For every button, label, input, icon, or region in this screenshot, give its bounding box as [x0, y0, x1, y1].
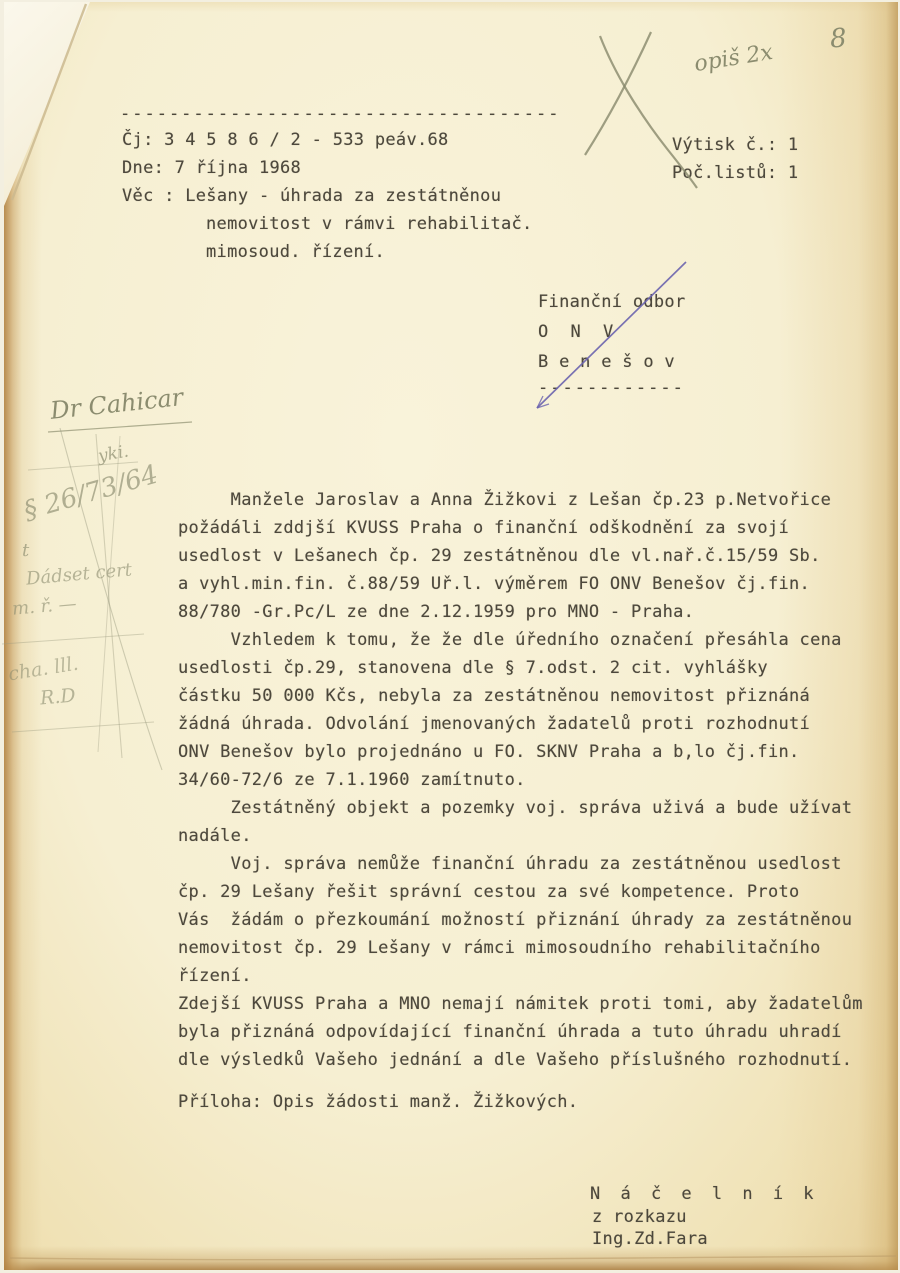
letter-body: Manžele Jaroslav a Anna Žižkovi z Lešan … — [178, 486, 863, 1074]
sheet-count: Poč.listů: 1 — [672, 159, 798, 187]
body-line: byla přiznáná odpovídající finanční úhra… — [178, 1018, 863, 1046]
body-line: čp. 29 Lešany řešit správní cestou za sv… — [178, 878, 863, 906]
body-line: Vás žádám o přezkoumání možností přiznán… — [178, 906, 863, 934]
body-line: nadále. — [178, 822, 863, 850]
enclosure-line: Příloha: Opis žádosti manž. Žižkových. — [178, 1088, 578, 1116]
body-line: usedlost v Lešanech čp. 29 zestátněnou d… — [178, 542, 863, 570]
body-line: žádná úhrada. Odvolání jmenovaných žadat… — [178, 710, 863, 738]
subject-line-2: nemovitost v rámvi rehabilitač. — [206, 210, 533, 238]
body-line: Voj. správa nemůže finanční úhradu za ze… — [178, 850, 863, 878]
body-line: usedlosti čp.29, stanovena dle § 7.odst.… — [178, 654, 863, 682]
body-line: Zestátněný objekt a pozemky voj. správa … — [178, 794, 863, 822]
date-line: Dne: 7 října 1968 — [122, 154, 301, 182]
addressee-office: O N V — [538, 318, 619, 346]
scanned-document-page: { "document": { "annotations_top": { "cr… — [0, 0, 900, 1273]
signature-by-order: z rozkazu — [592, 1206, 687, 1228]
copy-number: Výtisk č.: 1 — [672, 131, 798, 159]
header-separator-line: ------------------------------------ — [120, 100, 560, 128]
body-line: dle výsledků Vašeho jednání a dle Vašeho… — [178, 1046, 863, 1074]
body-line: Manžele Jaroslav a Anna Žižkovi z Lešan … — [178, 486, 863, 514]
signature-title: N á č e l n í k — [590, 1180, 819, 1208]
addressee-city: B e n e š o v — [538, 348, 675, 376]
subject-line-3: mimosoud. řízení. — [206, 238, 385, 266]
handwritten-initials: R.D — [39, 684, 76, 709]
addressee-underline: ------------ — [538, 374, 685, 402]
body-line: požádáli zddjší KVUSS Praha o finanční o… — [178, 514, 863, 542]
body-line: 34/60-72/6 ze 7.1.1960 zamítnuto. — [178, 766, 863, 794]
body-line: Zdejší KVUSS Praha a MNO nemají námitek … — [178, 990, 863, 1018]
body-line: nemovitost čp. 29 Lešany v rámci mimosou… — [178, 934, 863, 962]
body-line: řízení. — [178, 962, 863, 990]
body-line: a vyhl.min.fin. č.88/59 Uř.l. výměrem FO… — [178, 570, 863, 598]
body-line: ONV Benešov bylo projednáno u FO. SKNV P… — [178, 738, 863, 766]
addressee-department: Finanční odbor — [538, 288, 686, 316]
handwritten-plus-mark: t — [22, 540, 29, 561]
body-line: částku 50 000 Kčs, nebyla za zestátněnou… — [178, 682, 863, 710]
body-line: Vzhledem k tomu, že že dle úředního ozna… — [178, 626, 863, 654]
handwritten-page-number: 8 — [829, 23, 848, 54]
signature-name: Ing.Zd.Fara — [592, 1228, 708, 1250]
reference-number: Čj: 3 4 5 8 6 / 2 - 533 peáv.68 — [122, 126, 449, 154]
body-line: 88/780 -Gr.Pc/L ze dne 2.12.1959 pro MNO… — [178, 598, 863, 626]
subject-line-1: Věc : Lešany - úhrada za zestátněnou — [122, 182, 501, 210]
